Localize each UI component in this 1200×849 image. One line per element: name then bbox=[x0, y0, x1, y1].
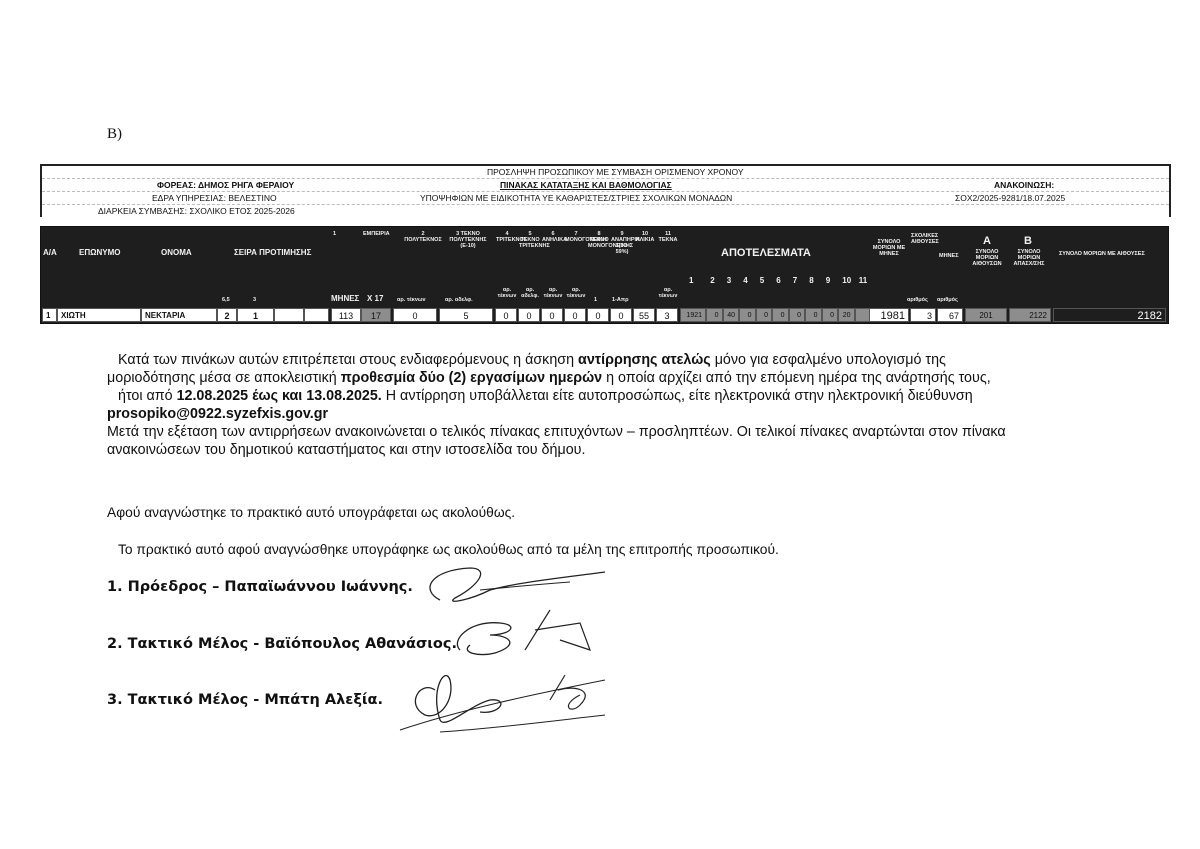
p1-text-end: μόνο για εσφαλμένο υπολογισμό της bbox=[711, 352, 946, 368]
paragraph-line-1: Κατά των πινάκων αυτών επιτρέπεται στους… bbox=[118, 352, 946, 370]
signatory-2: 2. Τακτικό Μέλος - Βαϊόπουλος Αθανάσιος. bbox=[107, 636, 457, 652]
header-seira: ΣΕΙΡΑ ΠΡΟΤΙΜΗΣΗΣ bbox=[234, 249, 311, 258]
section-label: Β) bbox=[107, 126, 122, 143]
results-cell: 20 bbox=[838, 308, 855, 322]
header-c9-sub: 1-Απρ bbox=[612, 297, 628, 303]
header-c11-sub: αρ. τέκνων bbox=[657, 287, 679, 299]
results-col-header: 9 bbox=[826, 277, 830, 286]
cell-seira2: 1 bbox=[237, 308, 274, 322]
header-c8-sub: 1 bbox=[594, 297, 597, 303]
eidikotita: ΥΠΟΨΗΦΙΩΝ ΜΕ ΕΙΔΙΚΟΤΗΤΑ ΥΕ ΚΑΘΑΡΙΣΤΕΣ/ΣΤ… bbox=[420, 192, 732, 204]
header-mhnes-sub: αριθμός bbox=[937, 297, 958, 303]
p3-text: ήτοι από bbox=[118, 388, 177, 404]
p1-text: Κατά των πινάκων αυτών επιτρέπεται στους… bbox=[118, 352, 578, 368]
cell-c10: 55 bbox=[633, 308, 655, 322]
cell-c5: 0 bbox=[518, 308, 540, 322]
header-c4-sub: αρ. τέκνων bbox=[496, 287, 518, 299]
header-a-text: ΣΥΝΟΛΟ ΜΟΡΙΩΝ ΑΙΘΟΥΣΩΝ bbox=[967, 249, 1007, 267]
header-mhnes: ΜΗΝΕΣ bbox=[939, 253, 959, 259]
cell-aa: 1 bbox=[42, 308, 57, 322]
header-c5: 5 ΤΕΚΝΟ ΤΡΙΤΕΚΝΗΣ bbox=[519, 231, 541, 249]
sheet-title: ΠΡΟΣΛΗΨΗ ΠΡΟΣΩΠΙΚΟΥ ΜΕ ΣΥΜΒΑΣΗ ΟΡΙΣΜΕΝΟΥ… bbox=[487, 166, 744, 178]
header-sxolikes: ΣΧΟΛΙΚΕΣ ΑΙΘΟΥΣΕΣ bbox=[911, 233, 933, 245]
seira-sub2: 3 bbox=[253, 297, 256, 303]
header-c3-sub: αρ. αδελφ. bbox=[445, 297, 473, 303]
results-col-header: 2 bbox=[710, 277, 714, 286]
cell-mhnes2: 67 bbox=[937, 308, 963, 322]
paragraph-line-2: μοριοδότησης μέσα σε αποκλειστική προθεσ… bbox=[107, 370, 991, 388]
header-sxolikes-sub: αριθμός bbox=[907, 297, 928, 303]
pinakas-title: ΠΙΝΑΚΑΣ ΚΑΤΑΤΑΞΗΣ ΚΑΙ ΒΑΘΜΟΛΟΓΙΑΣ bbox=[500, 179, 672, 191]
header-c5-sub: αρ. αδελφ. bbox=[519, 287, 541, 299]
p2-bold: προθεσμία δύο (2) εργασίμων ημερών bbox=[341, 370, 602, 386]
p3-dates: 12.08.2025 έως και 13.08.2025. bbox=[177, 388, 382, 404]
results-col-header: 8 bbox=[809, 277, 813, 286]
cell-c6: 0 bbox=[541, 308, 563, 322]
anakoinosi-code: ΣΟΧ2/2025-9281/18.07.2025 bbox=[955, 192, 1065, 204]
results-col-header: 7 bbox=[793, 277, 797, 286]
header-c2-sub: αρ. τέκνων bbox=[397, 297, 426, 303]
edra: ΕΔΡΑ ΥΠΗΡΕΣΙΑΣ: ΒΕΛΕΣΤΙΝΟ bbox=[152, 192, 277, 204]
header-onoma: ΟΝΟΜΑ bbox=[161, 249, 192, 258]
ranking-table: Α/Α ΕΠΩΝΥΜΟ ΟΝΟΜΑ ΣΕΙΡΑ ΠΡΟΤΙΜΗΣΗΣ 6,5 3… bbox=[40, 226, 1169, 324]
anakoinosi-label: ΑΝΑΚΟΙΝΩΣΗ: bbox=[994, 179, 1054, 191]
results-col-header: 10 bbox=[842, 277, 851, 286]
paragraph-line-5: Μετά την εξέταση των αντιρρήσεων ανακοιν… bbox=[107, 424, 1006, 442]
cell-c9: 0 bbox=[610, 308, 632, 322]
email-link[interactable]: prosopiko@0922.syzefxis.gov.gr bbox=[107, 406, 328, 424]
signature-3-icon bbox=[380, 660, 610, 735]
cell-c7: 0 bbox=[564, 308, 586, 322]
paragraph-line-3: ήτοι από 12.08.2025 έως και 13.08.2025. … bbox=[118, 388, 973, 406]
p2-text-end: η οποία αρχίζει από την επόμενη ημέρα τη… bbox=[602, 370, 991, 386]
cell-c2: 0 bbox=[393, 308, 437, 322]
header-a-label: Α bbox=[983, 235, 991, 247]
header-eponymo: ΕΠΩΝΥΜΟ bbox=[79, 249, 121, 258]
header-b-text: ΣΥΝΟΛΟ ΜΟΡΙΩΝ ΑΠΑΣΧ/ΣΗΣ bbox=[1009, 249, 1049, 267]
cell-a: 201 bbox=[965, 308, 1007, 322]
results-cell: 0 bbox=[739, 308, 756, 322]
results-cell: 1921 bbox=[680, 308, 706, 322]
header-c6: 6 ΑΝΗΛΙΚΑ bbox=[542, 231, 564, 243]
results-col-header: 5 bbox=[760, 277, 764, 286]
results-cell: 0 bbox=[822, 308, 839, 322]
header-c6-sub: αρ. τέκνων bbox=[542, 287, 564, 299]
paragraph-line-6: ανακοινώσεων του δημοτικού καταστήματος … bbox=[107, 442, 585, 460]
foreas: ΦΟΡΕΑΣ: ΔΗΜΟΣ ΡΗΓΑ ΦΕΡΑΙΟΥ bbox=[157, 179, 294, 191]
cell-eponymo: ΧΙΩΤΗ bbox=[57, 308, 141, 322]
cell-seira4 bbox=[304, 308, 329, 322]
results-col-header: 3 bbox=[727, 277, 731, 286]
header-empeiria-sub: Χ 17 bbox=[367, 295, 383, 304]
signature-1-icon bbox=[410, 560, 610, 610]
results-col-header: 11 bbox=[859, 277, 867, 286]
cell-sxolikes: 3 bbox=[910, 308, 936, 322]
results-col-header: 4 bbox=[743, 277, 747, 286]
header-c10: 10 ΗΛΙΚΙΑ bbox=[634, 231, 656, 243]
diarkeia: ΔΙΑΡΚΕΙΑ ΣΥΜΒΑΣΗΣ: ΣΧΟΛΙΚΟ ΕΤΟΣ 2025-202… bbox=[98, 205, 295, 217]
header-apotelesmata: ΑΠΟΤΕΛΕΣΜΑΤΑ bbox=[721, 247, 811, 259]
header-c9: 9 ΑΝΑΠΗΡΙΑ 1(50-59%) bbox=[611, 231, 633, 255]
header-aa: Α/Α bbox=[43, 249, 57, 258]
seira-sub1: 6,5 bbox=[222, 297, 230, 303]
header-c7: 7 ΜΟΝΟΓΟΝΕΙΚΗ bbox=[565, 231, 587, 243]
results-cell: 0 bbox=[805, 308, 822, 322]
p3-text-end: Η αντίρρηση υποβάλλεται είτε αυτοπροσώπω… bbox=[382, 388, 973, 404]
cell-c11: 3 bbox=[656, 308, 678, 322]
results-cell: 40 bbox=[723, 308, 740, 322]
paragraph-signed: Αφού αναγνώστηκε το πρακτικό αυτό υπογρά… bbox=[107, 504, 515, 522]
results-cell: 0 bbox=[756, 308, 773, 322]
results-col-header: 6 bbox=[776, 277, 780, 286]
cell-mhnes: 113 bbox=[331, 308, 361, 322]
cell-c8: 0 bbox=[587, 308, 609, 322]
cell-synolo-aithouses: 2182 bbox=[1053, 308, 1166, 322]
header-empeiria: ΕΜΠΕΙΡΙΑ bbox=[363, 231, 390, 237]
p1-bold: αντίρρησης ατελώς bbox=[578, 352, 711, 368]
header-c11: 11 ΤΕΚΝΑ bbox=[657, 231, 679, 243]
cell-onoma: ΝΕΚΤΑΡΙΑ bbox=[141, 308, 217, 322]
header-synolo-minon: ΣΥΝΟΛΟ ΜΟΡΙΩΝ ΜΕ ΜΗΝΕΣ bbox=[869, 239, 909, 257]
results-cell: 0 bbox=[772, 308, 789, 322]
header-c4: 4 ΤΡΙΤΕΚΝΟΣ bbox=[496, 231, 518, 243]
paragraph-committee: Το πρακτικό αυτό αφού αναγνώσθηκε υπογρά… bbox=[118, 541, 779, 559]
header-c1-num: 1 bbox=[333, 231, 336, 237]
header-c1-sub: ΜΗΝΕΣ bbox=[331, 295, 359, 304]
sheet-header: ΠΡΟΣΛΗΨΗ ΠΡΟΣΩΠΙΚΟΥ ΜΕ ΣΥΜΒΑΣΗ ΟΡΙΣΜΕΝΟΥ… bbox=[40, 164, 1171, 217]
cell-synolo-minon: 1981 bbox=[869, 308, 909, 322]
header-c8: 8 ΤΕΚΝΟ ΜΟΝΟΓΟΝΕΙΚΗΣ bbox=[588, 231, 610, 249]
header-c7-sub: αρ. τέκνων bbox=[565, 287, 587, 299]
cell-b: 2122 bbox=[1009, 308, 1051, 322]
cell-c3: 5 bbox=[439, 308, 493, 322]
cell-seira3 bbox=[274, 308, 304, 322]
signature-2-icon bbox=[440, 605, 600, 665]
p2-text: μοριοδότησης μέσα σε αποκλειστική bbox=[107, 370, 341, 386]
header-c2: 2 ΠΟΛΥΤΕΚΝΟΣ bbox=[403, 231, 443, 243]
signatory-1: 1. Πρόεδρος – Παπαϊωάννου Ιωάννης. bbox=[107, 579, 413, 595]
header-synolo-aithouses: ΣΥΝΟΛΟ ΜΟΡΙΩΝ ΜΕ ΑΙΘΟΥΣΕΣ bbox=[1059, 251, 1145, 257]
header-b-label: Β bbox=[1024, 235, 1032, 247]
cell-x17: 17 bbox=[361, 308, 391, 322]
header-c3: 3 ΤΕΚΝΟ ΠΟΛΥΤΕΚΝΗΣ (Ε-10) bbox=[443, 231, 493, 249]
signatory-3: 3. Τακτικό Μέλος - Μπάτη Αλεξία. bbox=[107, 692, 383, 708]
results-col-header: 1 bbox=[689, 277, 693, 286]
results-cell: 0 bbox=[706, 308, 723, 322]
cell-seira1: 2 bbox=[217, 308, 237, 322]
results-cell: 0 bbox=[789, 308, 806, 322]
cell-c4: 0 bbox=[495, 308, 517, 322]
